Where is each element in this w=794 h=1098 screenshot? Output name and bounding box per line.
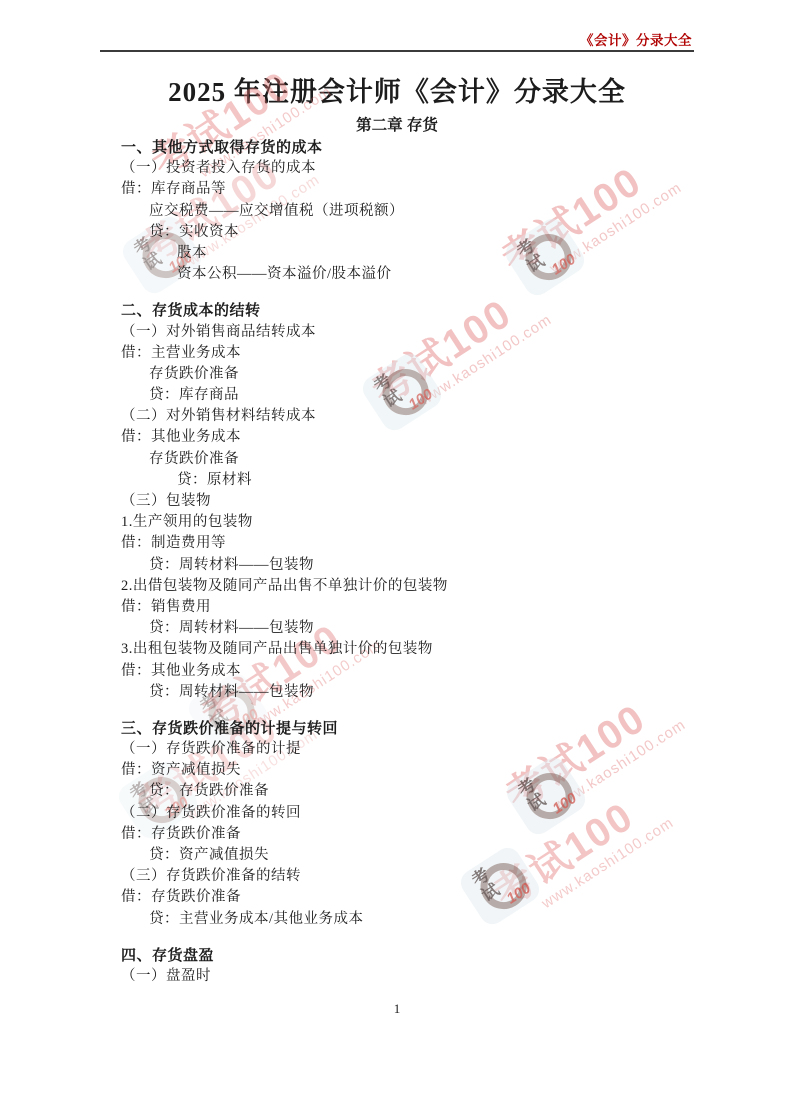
document-line: （二）对外销售材料结转成本 — [121, 406, 754, 427]
document-line: （一）盘盈时 — [121, 966, 754, 987]
document-line: 资本公积——资本溢价/股本溢价 — [121, 264, 754, 285]
document-page: 考试100www.kaoshi100.com考试100www.kaoshi100… — [0, 0, 794, 1098]
section-heading: 四、存货盘盈 — [121, 945, 754, 966]
document-line: 借：存货跌价准备 — [121, 887, 754, 908]
document-line: 存货跌价准备 — [121, 449, 754, 470]
document-line: 贷：原材料 — [121, 470, 754, 491]
document-line: 借：存货跌价准备 — [121, 824, 754, 845]
running-header: 《会计》分录大全 — [580, 29, 692, 49]
document-line: （三）包装物 — [121, 491, 754, 512]
document-line: 贷：实收资本 — [121, 222, 754, 243]
document-body: 一、其他方式取得存货的成本（一）投资者投入存货的成本借：库存商品等应交税费——应… — [121, 137, 754, 987]
document-line: 应交税费——应交增值税（进项税额） — [121, 201, 754, 222]
page-number: 1 — [0, 1001, 794, 1017]
document-line: 借：资产减值损失 — [121, 760, 754, 781]
document-line: 3.出租包装物及随同产品出售单独计价的包装物 — [121, 639, 754, 660]
document-line: （三）存货跌价准备的结转 — [121, 866, 754, 887]
document-line: 贷：存货跌价准备 — [121, 781, 754, 802]
document-line: 贷：资产减值损失 — [121, 845, 754, 866]
document-line: 贷：库存商品 — [121, 385, 754, 406]
document-line: （一）存货跌价准备的计提 — [121, 739, 754, 760]
section-heading: 三、存货跌价准备的计提与转回 — [121, 718, 754, 739]
section-heading: 二、存货成本的结转 — [121, 300, 754, 321]
document-line: 借：销售费用 — [121, 597, 754, 618]
document-line: 借：库存商品等 — [121, 179, 754, 200]
header-rule — [100, 50, 694, 52]
document-line: （二）存货跌价准备的转回 — [121, 803, 754, 824]
document-line: 贷：主营业务成本/其他业务成本 — [121, 909, 754, 930]
document-line: 贷：周转材料——包装物 — [121, 555, 754, 576]
document-line: 借：其他业务成本 — [121, 661, 754, 682]
document-line: 借：制造费用等 — [121, 533, 754, 554]
document-line: 贷：周转材料——包装物 — [121, 682, 754, 703]
document-line: 借：其他业务成本 — [121, 427, 754, 448]
document-line: 2.出借包装物及随同产品出售不单独计价的包装物 — [121, 576, 754, 597]
document-line: 1.生产领用的包装物 — [121, 512, 754, 533]
page-title: 2025 年注册会计师《会计》分录大全 — [0, 70, 794, 109]
chapter-title: 第二章 存货 — [0, 113, 794, 135]
document-line: （一）对外销售商品结转成本 — [121, 322, 754, 343]
document-line: 借：主营业务成本 — [121, 343, 754, 364]
document-line: （一）投资者投入存货的成本 — [121, 158, 754, 179]
document-line: 贷：周转材料——包装物 — [121, 618, 754, 639]
document-line: 存货跌价准备 — [121, 364, 754, 385]
section-heading: 一、其他方式取得存货的成本 — [121, 137, 754, 158]
document-line: 股本 — [121, 243, 754, 264]
